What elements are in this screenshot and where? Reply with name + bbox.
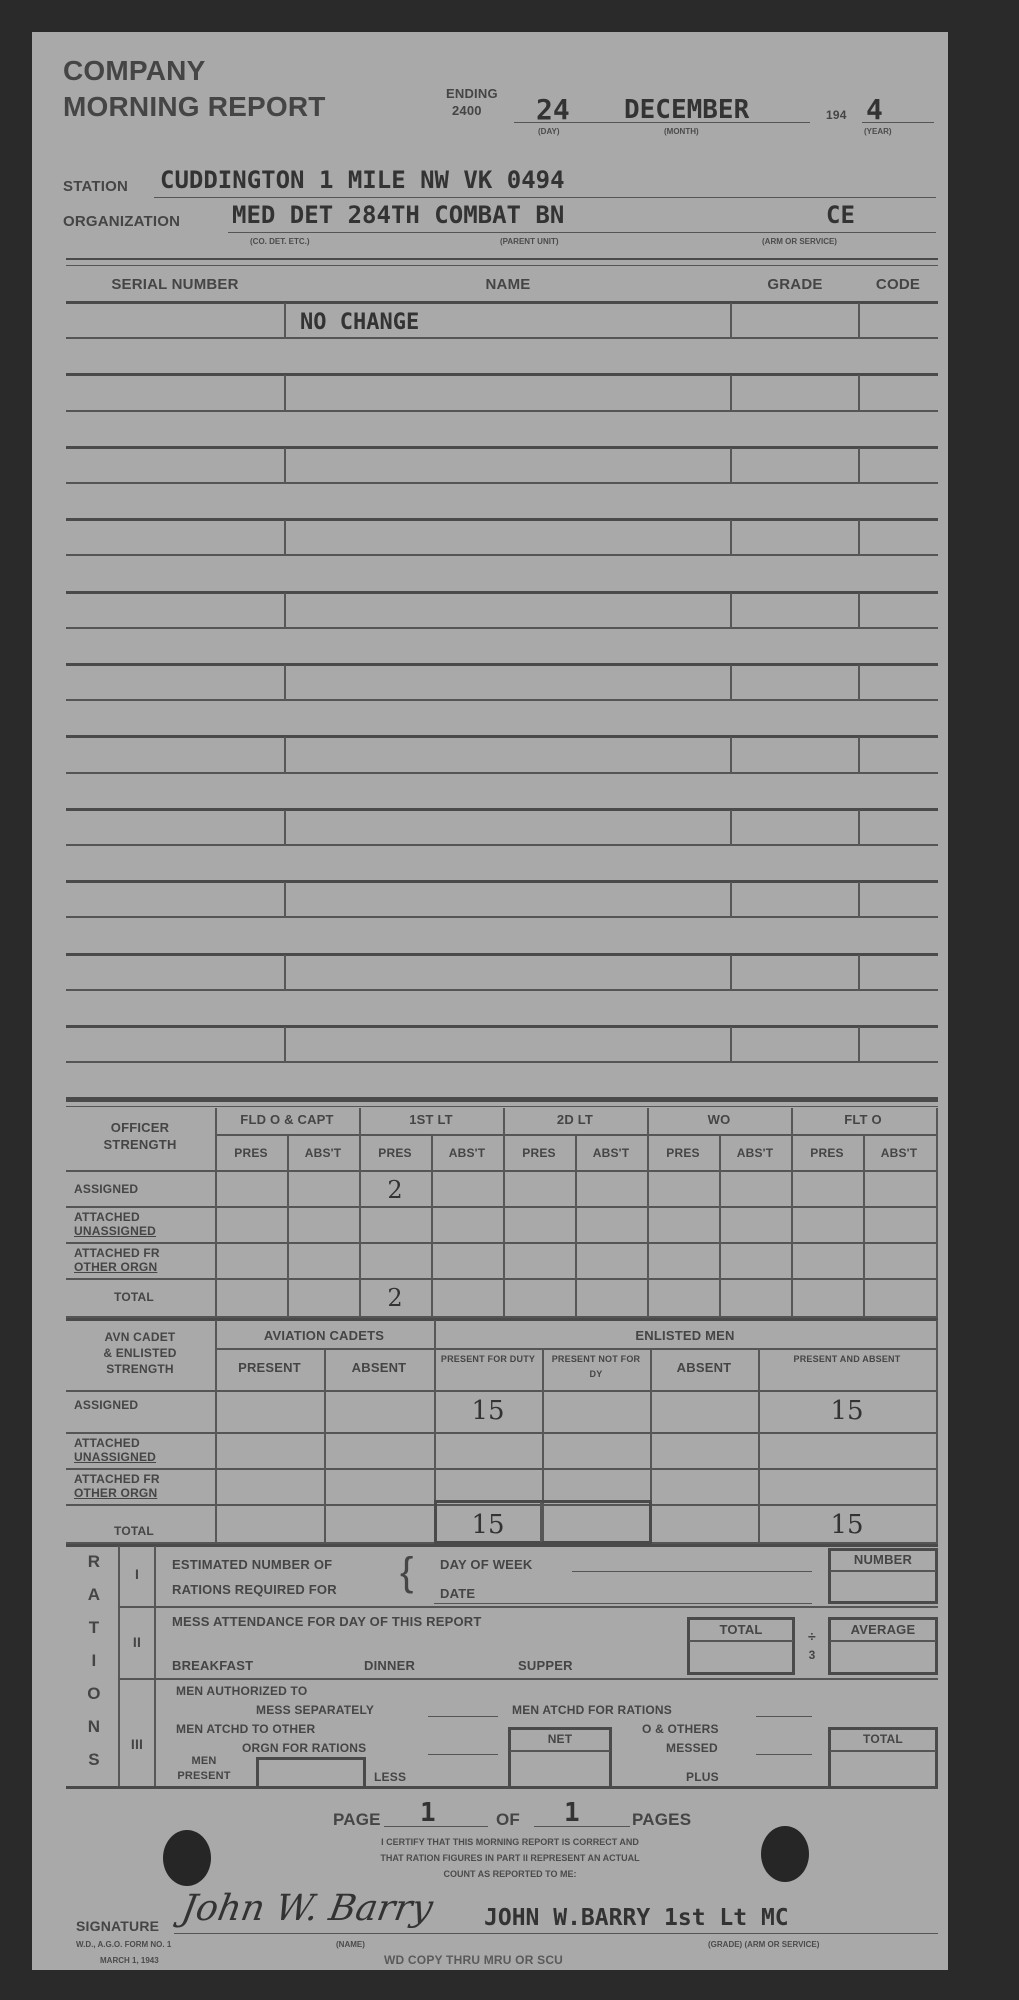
- enlisted-count-value: 15: [758, 1396, 936, 1426]
- punch-hole-right: [761, 1826, 809, 1882]
- total-present-box: [434, 1500, 652, 1544]
- parent-unit-caption: (PARENT UNIT): [500, 237, 559, 246]
- rations-section-rule-2: [118, 1678, 938, 1680]
- roster-column-divider: [858, 520, 860, 556]
- officer-count-value: 2: [359, 1176, 431, 1204]
- date-underline: [434, 1603, 812, 1604]
- enlisted-row-label: ATTACHED: [74, 1436, 140, 1450]
- officer-group-header: FLD O & CAPT: [215, 1112, 359, 1127]
- total-label: TOTAL: [830, 1732, 936, 1746]
- others-line-2: MESSED: [666, 1741, 718, 1755]
- form-title-morning-report: MORNING REPORT: [63, 92, 326, 122]
- aviation-cadets-header: AVIATION CADETS: [215, 1328, 433, 1343]
- net-rule: [510, 1750, 610, 1752]
- net-label: NET: [510, 1732, 610, 1746]
- number-label: NUMBER: [830, 1552, 936, 1567]
- officer-group-header: 2D LT: [503, 1112, 647, 1127]
- rations-side-letter: R: [76, 1552, 112, 1572]
- roster-column-divider: [284, 955, 286, 991]
- year-caption: (YEAR): [864, 127, 892, 136]
- roster-column-divider: [858, 593, 860, 629]
- roster-top-rule-2: [66, 265, 938, 266]
- officer-strength-label-2: STRENGTH: [66, 1137, 214, 1152]
- enlisted-count-value: 15: [434, 1396, 542, 1426]
- roster-row-rule: [66, 627, 938, 629]
- rations-side-letter: A: [76, 1585, 112, 1605]
- average-rule: [830, 1640, 936, 1642]
- officer-subcol-pres: PRES: [647, 1146, 719, 1160]
- officer-row-label: ATTACHED: [74, 1210, 140, 1224]
- rations-bottom-rule: [66, 1786, 938, 1789]
- roster-column-divider: [730, 593, 732, 629]
- roster-row-rule: [66, 373, 938, 376]
- enlisted-row-rule: [66, 1390, 938, 1392]
- arm-value: CE: [826, 201, 855, 229]
- roster-column-divider: [858, 1027, 860, 1063]
- officer-subcol-abst: ABS'T: [575, 1146, 647, 1160]
- roster-top-rule: [66, 258, 938, 260]
- roster-column-divider: [284, 810, 286, 846]
- roster-column-divider: [730, 520, 732, 556]
- col-name: NAME: [286, 276, 730, 293]
- officer-subcol-pres: PRES: [215, 1146, 287, 1160]
- page-label: PAGE: [333, 1810, 381, 1830]
- roster-column-divider: [858, 375, 860, 411]
- officer-subcol-abst: ABS'T: [719, 1146, 791, 1160]
- organization-label: ORGANIZATION: [63, 213, 180, 230]
- typed-name-grade: JOHN W.BARRY 1st Lt MC: [484, 1905, 789, 1931]
- average-label: AVERAGE: [830, 1622, 936, 1637]
- report-day: 24: [536, 93, 570, 126]
- of-underline: [534, 1826, 630, 1827]
- meal-breakfast-label: BREAKFAST: [172, 1658, 253, 1673]
- report-month: DECEMBER: [624, 95, 749, 125]
- roster-column-divider: [284, 737, 286, 773]
- less-label: LESS: [374, 1770, 406, 1784]
- signature-underline: [174, 1933, 938, 1934]
- officer-group-header: 1ST LT: [359, 1112, 503, 1127]
- certify-line-3: COUNT AS REPORTED TO ME:: [290, 1869, 730, 1879]
- orgn-rations-underline: [428, 1754, 498, 1755]
- enlisted-col-header: PRESENT FOR DUTY: [434, 1352, 542, 1367]
- plus-label: PLUS: [686, 1770, 719, 1784]
- enlisted-row-rule: [66, 1432, 938, 1434]
- estimated-rations-line-2: RATIONS REQUIRED FOR: [172, 1582, 337, 1597]
- roster-row-rule: [66, 663, 938, 666]
- certify-line-1: I CERTIFY THAT THIS MORNING REPORT IS CO…: [290, 1837, 730, 1847]
- roster-column-divider: [284, 1027, 286, 1063]
- enlisted-men-header: ENLISTED MEN: [434, 1328, 936, 1343]
- wd-copy-note: WD COPY THRU MRU OR SCU: [384, 1953, 563, 1967]
- men-atchd-rations-label: MEN ATCHD FOR RATIONS: [512, 1703, 672, 1717]
- co-det-caption: (CO. DET. ETC.): [250, 237, 310, 246]
- roster-row-rule: [66, 1025, 938, 1028]
- station-label: STATION: [63, 178, 128, 195]
- enlisted-column-divider: [936, 1320, 938, 1542]
- officer-row-label: ATTACHED FR: [74, 1246, 160, 1260]
- form-date: MARCH 1, 1943: [100, 1956, 159, 1965]
- roster-column-divider: [730, 665, 732, 701]
- roster-row-rule: [66, 699, 938, 701]
- roster-entry-name: NO CHANGE: [300, 310, 419, 335]
- roster-row-rule: [66, 337, 938, 339]
- enlisted-col-header: PRESENT NOT FOR DY: [542, 1352, 650, 1382]
- mess-total-label: TOTAL: [689, 1622, 793, 1637]
- organization-value: MED DET 284TH COMBAT BN: [232, 201, 564, 229]
- officer-row-label: ASSIGNED: [74, 1182, 138, 1196]
- enlisted-top-rule: [66, 1318, 938, 1321]
- ending-time: 2400: [452, 103, 482, 118]
- page-underline: [384, 1826, 488, 1827]
- officer-subcol-pres: PRES: [791, 1146, 863, 1160]
- enlisted-row-rule: [66, 1468, 938, 1470]
- form-number: W.D., A.G.O. FORM NO. 1: [76, 1940, 171, 1949]
- officer-column-divider: [287, 1134, 289, 1316]
- roster-column-divider: [858, 955, 860, 991]
- month-caption: (MONTH): [664, 127, 699, 136]
- men-authorized-line-1: MEN AUTHORIZED TO: [176, 1684, 307, 1698]
- officer-column-divider: [863, 1134, 865, 1316]
- certify-line-2: THAT RATION FIGURES IN PART II REPRESENT…: [290, 1853, 730, 1863]
- section-ii-numeral: II: [120, 1634, 154, 1650]
- men-present-line-1: MEN: [154, 1755, 254, 1767]
- number-box-rule: [830, 1570, 936, 1572]
- roster-row-rule: [66, 410, 938, 412]
- roster-column-divider: [730, 810, 732, 846]
- roster-column-divider: [730, 882, 732, 918]
- brace: {: [400, 1550, 414, 1595]
- rations-numeral-divider: [154, 1546, 156, 1786]
- officer-column-divider: [647, 1108, 649, 1316]
- officer-strength-label: OFFICER: [66, 1120, 214, 1135]
- rations-section-rule-1: [118, 1606, 938, 1608]
- roster-column-divider: [858, 882, 860, 918]
- roster-row-rule: [66, 989, 938, 991]
- meal-dinner-label: DINNER: [364, 1658, 415, 1673]
- rations-top-rule: [66, 1544, 938, 1547]
- officer-subcol-abst: ABS'T: [863, 1146, 935, 1160]
- officer-column-divider: [215, 1108, 217, 1316]
- signature-label: SIGNATURE: [76, 1918, 159, 1934]
- roster-row-rule: [66, 916, 938, 918]
- atchd-other-line-2: ORGN FOR RATIONS: [242, 1741, 366, 1755]
- officer-row-rule: [66, 1206, 938, 1208]
- officer-group-header: WO: [647, 1112, 791, 1127]
- enlisted-count-value: 15: [758, 1510, 936, 1540]
- others-line-1: O & OTHERS: [642, 1722, 719, 1736]
- roster-column-divider: [284, 882, 286, 918]
- day-of-week-label: DAY OF WEEK: [440, 1557, 533, 1572]
- day-caption: (DAY): [538, 127, 559, 136]
- enlisted-row-label: TOTAL: [114, 1524, 154, 1538]
- roster-column-divider: [730, 375, 732, 411]
- form-title-company: COMPANY: [63, 56, 205, 86]
- atchd-rations-underline: [756, 1716, 812, 1717]
- page-number: 1: [420, 1798, 436, 1828]
- total-present-divider: [540, 1502, 542, 1542]
- roster-row-rule: [66, 591, 938, 594]
- officer-group-header: FLT O: [791, 1112, 935, 1127]
- roster-column-divider: [858, 303, 860, 339]
- roster-column-divider: [858, 665, 860, 701]
- estimated-rations-line-1: ESTIMATED NUMBER OF: [172, 1557, 332, 1572]
- signature-script: John W. Barry: [178, 1888, 435, 1929]
- enlisted-col-header: PRESENT AND ABSENT: [758, 1352, 936, 1367]
- officer-column-divider: [575, 1134, 577, 1316]
- section-i-numeral: I: [120, 1566, 154, 1582]
- mess-total-rule: [689, 1640, 793, 1642]
- arm-service-caption: (ARM OR SERVICE): [762, 237, 837, 246]
- officer-row-rule: [66, 1278, 938, 1280]
- officer-subcol-abst: ABS'T: [431, 1146, 503, 1160]
- roster-column-divider: [730, 448, 732, 484]
- divide-sign: ÷: [800, 1628, 824, 1644]
- roster-column-divider: [858, 737, 860, 773]
- officer-column-divider: [936, 1108, 938, 1316]
- roster-column-divider: [730, 303, 732, 339]
- officer-column-divider: [791, 1108, 793, 1316]
- col-serial-number: SERIAL NUMBER: [66, 276, 284, 293]
- pages-label: PAGES: [632, 1810, 691, 1830]
- roster-row-rule: [66, 953, 938, 956]
- officer-subcol-pres: PRES: [503, 1146, 575, 1160]
- officer-row-rule: [66, 1242, 938, 1244]
- roster-row-rule: [66, 446, 938, 449]
- mess-separately-underline: [428, 1716, 498, 1717]
- officer-column-divider: [503, 1108, 505, 1316]
- roster-column-divider: [858, 810, 860, 846]
- punch-hole-left: [163, 1830, 211, 1886]
- enlisted-row-label-2: OTHER ORGN: [74, 1486, 157, 1500]
- atchd-other-line-1: MEN ATCHD TO OTHER: [176, 1722, 315, 1736]
- officer-row-label: TOTAL: [114, 1290, 154, 1304]
- section-iii-numeral: III: [120, 1736, 154, 1752]
- officer-row-label-2: UNASSIGNED: [74, 1224, 156, 1238]
- col-code: CODE: [860, 276, 936, 293]
- ending-label: ENDING: [446, 86, 498, 101]
- page-total: 1: [564, 1798, 580, 1828]
- year-prefix: 194: [826, 108, 847, 122]
- roster-row-rule: [66, 880, 938, 883]
- roster-row-rule: [66, 772, 938, 774]
- of-label: OF: [496, 1810, 520, 1830]
- organization-underline: [228, 232, 936, 233]
- roster-column-divider: [284, 303, 286, 339]
- officer-top-rule-2: [66, 1106, 938, 1107]
- roster-row-rule: [66, 482, 938, 484]
- station-underline: [154, 197, 936, 198]
- grade-caption: (GRADE) (ARM OR SERVICE): [708, 1940, 819, 1949]
- officer-column-divider: [719, 1134, 721, 1316]
- roster-row-rule: [66, 808, 938, 811]
- roster-column-divider: [284, 520, 286, 556]
- others-underline: [756, 1754, 812, 1755]
- enlisted-column-divider: [324, 1348, 326, 1542]
- officer-subcol-abst: ABS'T: [287, 1146, 359, 1160]
- roster-header-rule: [66, 301, 938, 304]
- date-label: DATE: [440, 1586, 475, 1601]
- enlisted-col-header: ABSENT: [650, 1358, 758, 1377]
- officer-top-rule: [66, 1099, 938, 1102]
- enlisted-label-3: STRENGTH: [66, 1362, 214, 1376]
- roster-column-divider: [730, 737, 732, 773]
- roster-column-divider: [284, 665, 286, 701]
- enlisted-col-header: PRESENT: [215, 1358, 324, 1377]
- roster-row-rule: [66, 518, 938, 521]
- enlisted-row-label-2: UNASSIGNED: [74, 1450, 156, 1464]
- officer-row-label-2: OTHER ORGN: [74, 1260, 157, 1274]
- enlisted-row-label: ASSIGNED: [74, 1398, 138, 1412]
- rations-side-letter: T: [76, 1618, 112, 1638]
- roster-column-divider: [730, 955, 732, 991]
- report-year: 4: [866, 93, 883, 126]
- enlisted-row-label: ATTACHED FR: [74, 1472, 160, 1486]
- rations-side-letter: O: [76, 1684, 112, 1704]
- rations-side-letter: N: [76, 1717, 112, 1737]
- roster-column-divider: [730, 1027, 732, 1063]
- meal-supper-label: SUPPER: [518, 1658, 573, 1673]
- officer-subcol-pres: PRES: [359, 1146, 431, 1160]
- station-value: CUDDINGTON 1 MILE NW VK 0494: [160, 166, 565, 194]
- enlisted-label-2: & ENLISTED: [66, 1346, 214, 1360]
- divisor: 3: [800, 1648, 824, 1662]
- roster-row-rule: [66, 735, 938, 738]
- name-caption: (NAME): [336, 1940, 365, 1949]
- enlisted-col-header: ABSENT: [324, 1358, 434, 1377]
- day-of-week-underline: [572, 1571, 812, 1572]
- roster-column-divider: [284, 375, 286, 411]
- rations-side-letter: S: [76, 1750, 112, 1770]
- roster-row-rule: [66, 844, 938, 846]
- men-present-box: [256, 1757, 366, 1789]
- mess-attendance-title: MESS ATTENDANCE FOR DAY OF THIS REPORT: [172, 1614, 482, 1629]
- roster-row-rule: [66, 554, 938, 556]
- total-rule: [830, 1750, 936, 1752]
- enlisted-column-divider: [215, 1320, 217, 1542]
- roster-column-divider: [858, 448, 860, 484]
- officer-column-divider: [431, 1134, 433, 1316]
- col-grade: GRADE: [732, 276, 858, 293]
- roster-row-rule: [66, 1061, 938, 1063]
- roster-column-divider: [284, 448, 286, 484]
- officer-count-value: 2: [359, 1284, 431, 1312]
- officer-row-rule: [66, 1170, 938, 1172]
- men-present-line-2: PRESENT: [154, 1770, 254, 1782]
- roster-column-divider: [284, 593, 286, 629]
- rations-side-letter: I: [76, 1651, 112, 1671]
- men-authorized-line-2: MESS SEPARATELY: [256, 1703, 374, 1717]
- enlisted-label-1: AVN CADET: [66, 1330, 214, 1344]
